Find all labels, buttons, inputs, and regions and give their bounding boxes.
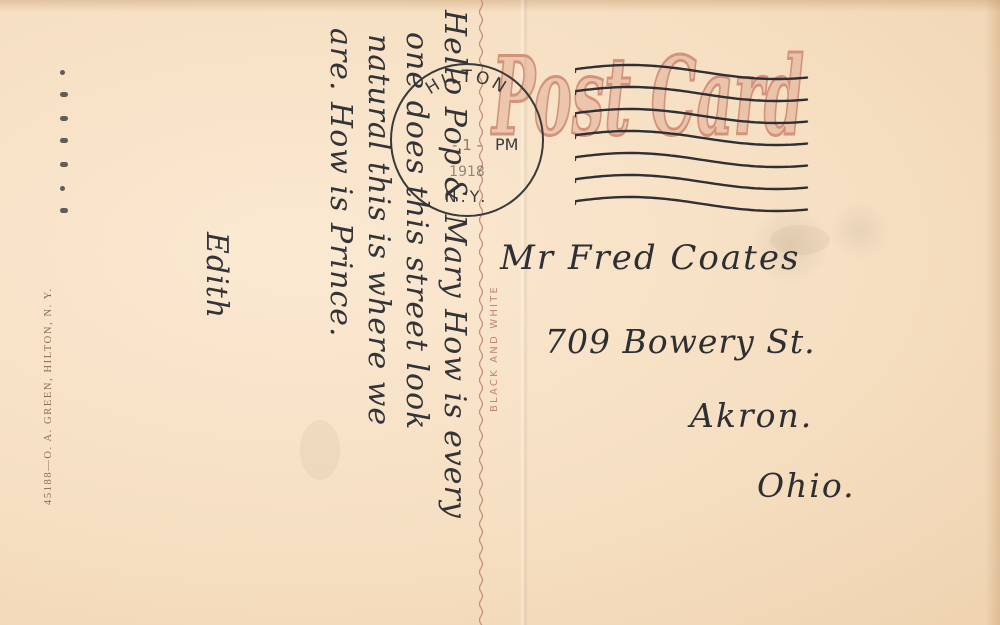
message-line: natural this is where we: [361, 34, 396, 426]
handwritten-message: Hello Pop & Mary How is every one does t…: [172, 10, 472, 600]
message-line: one does this street look: [399, 32, 434, 430]
postcard-back: 45188—O. A. GREEN, HILTON, N. Y. BLACK A…: [0, 0, 1000, 625]
message-line: Hello Pop & Mary How is every: [437, 10, 472, 519]
divider-label: BLACK AND WHITE: [489, 285, 500, 412]
publisher-imprint: 45188—O. A. GREEN, HILTON, N. Y.: [43, 287, 54, 505]
recipient-city: Akron.: [690, 396, 813, 435]
message-signature: Edith: [199, 232, 234, 319]
tick-marks: [60, 68, 72, 228]
message-line: are. How is Prince.: [323, 28, 358, 338]
recipient-state: Ohio.: [757, 466, 856, 505]
svg-text:PM: PM: [495, 135, 518, 154]
recipient-street: 709 Bowery St.: [545, 322, 816, 361]
cancellation-lines: [575, 50, 810, 220]
recipient-name: Mr Fred Coates: [500, 238, 800, 278]
